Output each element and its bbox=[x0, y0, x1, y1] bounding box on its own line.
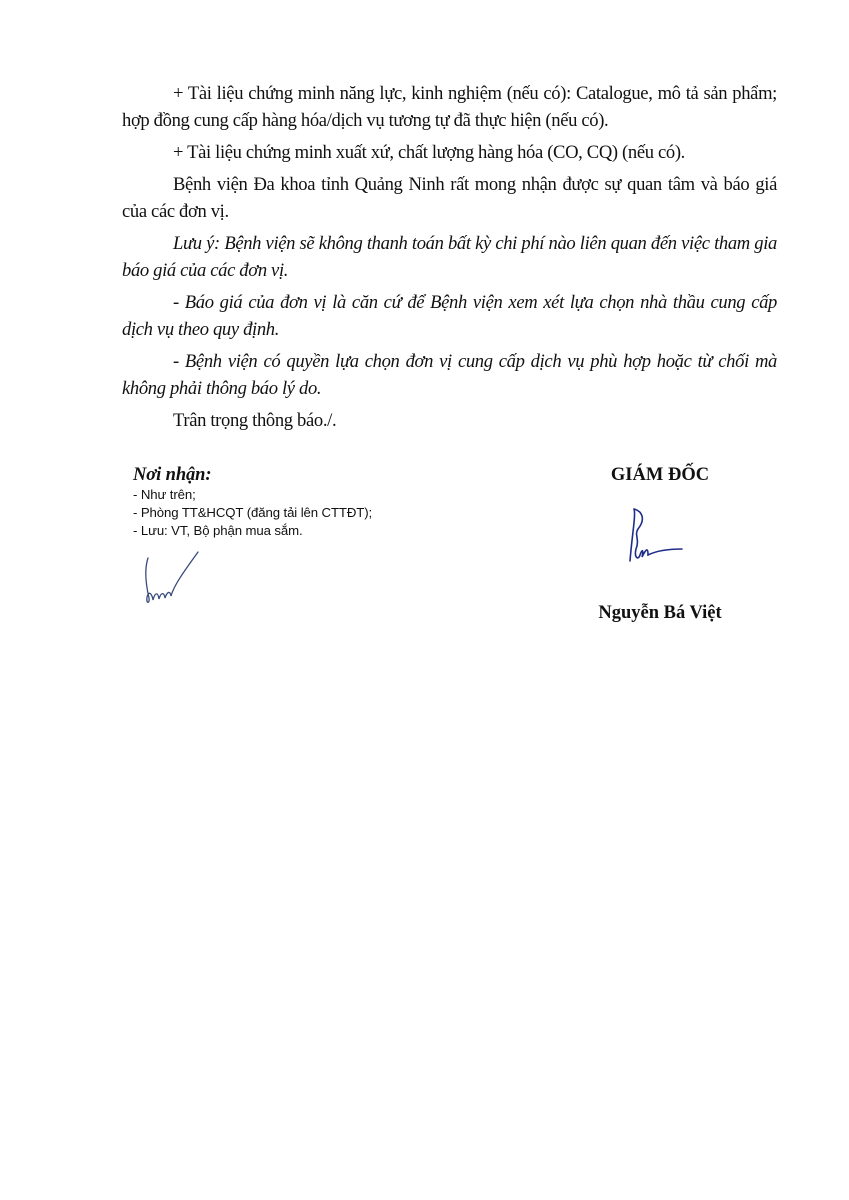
document-page: + Tài liệu chứng minh năng lực, kinh ngh… bbox=[0, 0, 849, 1200]
recipients-block: Nơi nhận: - Như trên; - Phòng TT&HCQT (đ… bbox=[133, 464, 372, 540]
signer-role: GIÁM ĐỐC bbox=[560, 462, 760, 488]
paragraph-closing: Trân trọng thông báo./. bbox=[122, 407, 777, 434]
initial-signature-icon bbox=[140, 550, 210, 610]
recipient-item: - Lưu: VT, Bộ phận mua sắm. bbox=[133, 522, 372, 540]
recipient-item: - Như trên; bbox=[133, 486, 372, 504]
paragraph-quote-basis: - Báo giá của đơn vị là căn cứ để Bệnh v… bbox=[122, 289, 777, 343]
paragraph-note: Lưu ý: Bệnh viện sẽ không thanh toán bất… bbox=[122, 230, 777, 284]
recipients-title: Nơi nhận: bbox=[133, 464, 372, 486]
paragraph-right-to-choose: - Bệnh viện có quyền lựa chọn đơn vị cun… bbox=[122, 348, 777, 402]
signer-name: Nguyễn Bá Việt bbox=[560, 600, 760, 626]
recipient-item: - Phòng TT&HCQT (đăng tải lên CTTĐT); bbox=[133, 504, 372, 522]
director-signature-icon bbox=[620, 505, 690, 570]
document-body: + Tài liệu chứng minh năng lực, kinh ngh… bbox=[122, 80, 777, 439]
paragraph-capability-docs: + Tài liệu chứng minh năng lực, kinh ngh… bbox=[122, 80, 777, 134]
paragraph-hospital-request: Bệnh viện Đa khoa tỉnh Quảng Ninh rất mo… bbox=[122, 171, 777, 225]
paragraph-origin-docs: + Tài liệu chứng minh xuất xứ, chất lượn… bbox=[122, 139, 777, 166]
